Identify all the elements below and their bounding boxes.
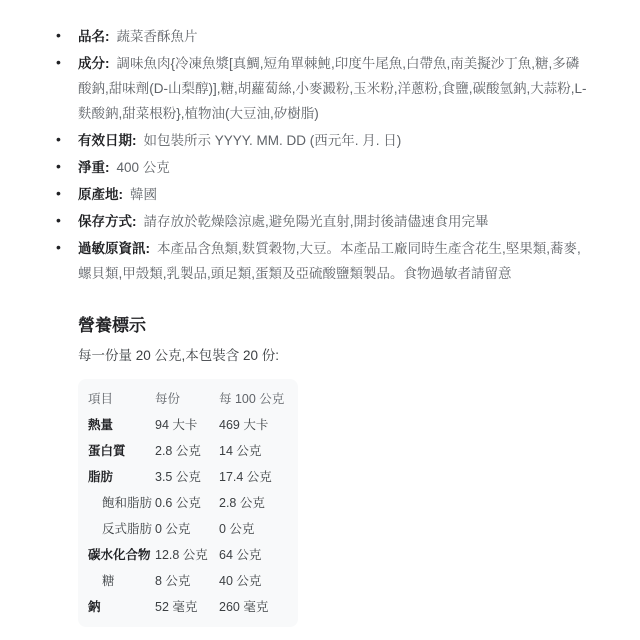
row-per-serving: 52 毫克 — [155, 594, 219, 620]
detail-label: 過敏原資訊: — [78, 241, 150, 256]
nutrition-heading: 營養標示 — [78, 315, 590, 337]
nutrition-table: 項目 每份 每 100 公克 熱量 94 大卡 469 大卡 蛋白質 2.8 公… — [78, 379, 298, 627]
detail-item-storage: • 保存方式:請存放於乾燥陰涼處,避免陽光直射,開封後請儘速食用完畢 — [78, 209, 590, 234]
column-header-per-100g: 每 100 公克 — [219, 386, 288, 412]
detail-label: 成分: — [78, 56, 110, 71]
row-per-100g: 260 毫克 — [219, 594, 288, 620]
row-label: 熱量 — [88, 412, 155, 438]
detail-value: 調味魚肉{冷凍魚漿[真鯛,短角單棘魨,印度牛尾魚,白帶魚,南美擬沙丁魚,糖,多磷… — [78, 56, 587, 121]
row-per-100g: 2.8 公克 — [219, 490, 288, 516]
row-per-100g: 64 公克 — [219, 542, 288, 568]
table-row-protein: 蛋白質 2.8 公克 14 公克 — [78, 438, 298, 464]
detail-value: 本產品含魚類,麩質穀物,大豆。本產品工廠同時生產含花生,堅果類,蕎麥,螺貝類,甲… — [78, 241, 581, 281]
row-per-serving: 0 公克 — [155, 516, 219, 542]
detail-item-net-weight: • 淨重:400 公克 — [78, 155, 590, 180]
detail-label: 有效日期: — [78, 133, 137, 148]
row-per-100g: 17.4 公克 — [219, 464, 288, 490]
row-label: 糖 — [88, 568, 155, 594]
table-row-sugar: 糖 8 公克 40 公克 — [78, 568, 298, 594]
row-per-serving: 8 公克 — [155, 568, 219, 594]
detail-label: 保存方式: — [78, 214, 137, 229]
detail-item-origin: • 原產地:韓國 — [78, 182, 590, 207]
row-label: 反式脂肪 — [88, 516, 155, 542]
detail-label: 品名: — [78, 29, 110, 44]
nutrition-table-header-row: 項目 每份 每 100 公克 — [78, 386, 298, 412]
detail-value: 請存放於乾燥陰涼處,避免陽光直射,開封後請儘速食用完畢 — [144, 214, 489, 229]
bullet-icon: • — [56, 154, 61, 179]
detail-item-expiry-date: • 有效日期:如包裝所示 YYYY. MM. DD (西元年. 月. 日) — [78, 128, 590, 153]
row-per-100g: 14 公克 — [219, 438, 288, 464]
row-per-serving: 12.8 公克 — [155, 542, 219, 568]
bullet-icon: • — [56, 50, 61, 75]
detail-item-ingredients: • 成分:調味魚肉{冷凍魚漿[真鯛,短角單棘魨,印度牛尾魚,白帶魚,南美擬沙丁魚… — [78, 51, 590, 126]
bullet-icon: • — [56, 235, 61, 260]
row-per-100g: 469 大卡 — [219, 412, 288, 438]
table-row-sodium: 鈉 52 毫克 260 毫克 — [78, 594, 298, 620]
product-details-list: • 品名:蔬菜香酥魚片 • 成分:調味魚肉{冷凍魚漿[真鯛,短角單棘魨,印度牛尾… — [78, 24, 590, 286]
detail-value: 韓國 — [130, 187, 157, 202]
row-per-serving: 2.8 公克 — [155, 438, 219, 464]
row-per-100g: 0 公克 — [219, 516, 288, 542]
table-row-saturated-fat: 飽和脂肪 0.6 公克 2.8 公克 — [78, 490, 298, 516]
detail-item-product-name: • 品名:蔬菜香酥魚片 — [78, 24, 590, 49]
row-per-serving: 3.5 公克 — [155, 464, 219, 490]
bullet-icon: • — [56, 23, 61, 48]
bullet-icon: • — [56, 127, 61, 152]
column-header-item: 項目 — [88, 386, 155, 412]
row-label: 飽和脂肪 — [88, 490, 155, 516]
detail-label: 原產地: — [78, 187, 123, 202]
column-header-per-serving: 每份 — [155, 386, 219, 412]
detail-item-allergen-info: • 過敏原資訊:本產品含魚類,麩質穀物,大豆。本產品工廠同時生產含花生,堅果類,… — [78, 236, 590, 286]
bullet-icon: • — [56, 208, 61, 233]
detail-value: 400 公克 — [117, 160, 170, 175]
detail-value: 蔬菜香酥魚片 — [117, 29, 198, 44]
row-label: 鈉 — [88, 594, 155, 620]
table-row-carbohydrates: 碳水化合物 12.8 公克 64 公克 — [78, 542, 298, 568]
row-label: 脂肪 — [88, 464, 155, 490]
bullet-icon: • — [56, 181, 61, 206]
serving-info: 每一份量 20 公克,本包裝含 20 份: — [78, 346, 590, 366]
table-row-fat: 脂肪 3.5 公克 17.4 公克 — [78, 464, 298, 490]
product-detail-page: • 品名:蔬菜香酥魚片 • 成分:調味魚肉{冷凍魚漿[真鯛,短角單棘魨,印度牛尾… — [0, 0, 640, 640]
row-label: 蛋白質 — [88, 438, 155, 464]
row-per-serving: 94 大卡 — [155, 412, 219, 438]
table-row-calories: 熱量 94 大卡 469 大卡 — [78, 412, 298, 438]
detail-value: 如包裝所示 YYYY. MM. DD (西元年. 月. 日) — [144, 133, 402, 148]
table-row-trans-fat: 反式脂肪 0 公克 0 公克 — [78, 516, 298, 542]
detail-label: 淨重: — [78, 160, 110, 175]
row-per-100g: 40 公克 — [219, 568, 288, 594]
row-label: 碳水化合物 — [88, 542, 155, 568]
row-per-serving: 0.6 公克 — [155, 490, 219, 516]
